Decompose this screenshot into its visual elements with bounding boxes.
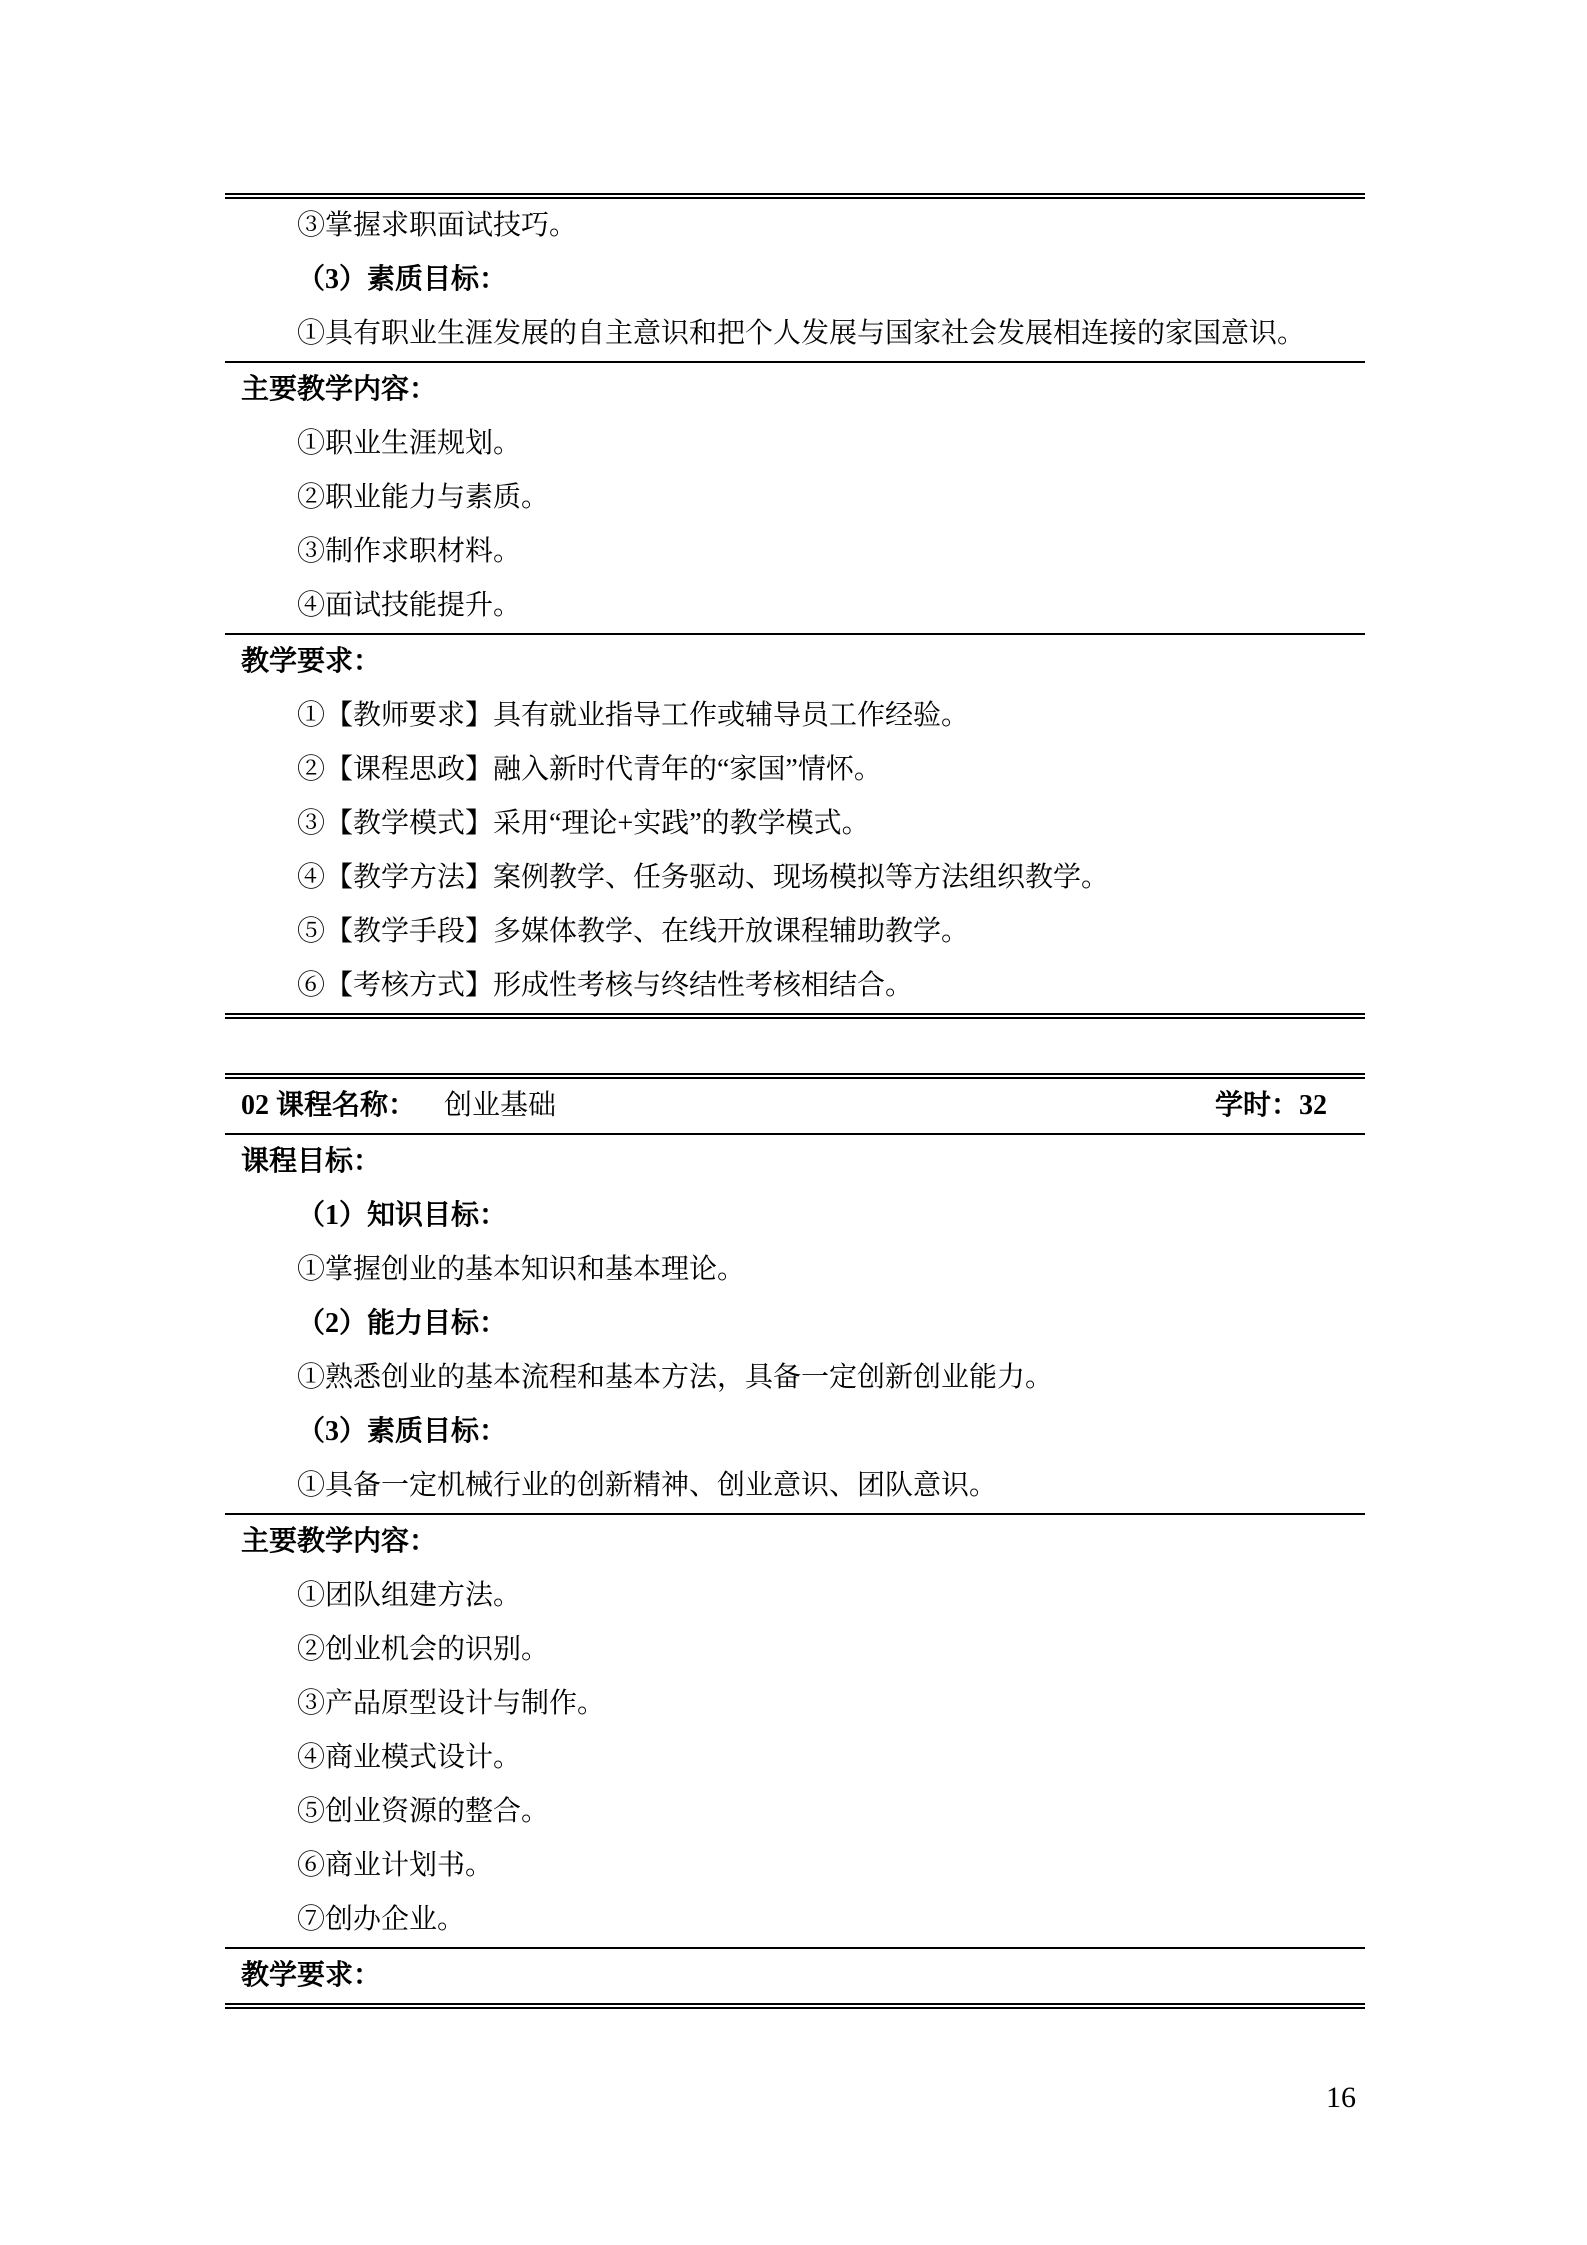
requirement-item: ⑤【教学手段】多媒体教学、在线开放课程辅助教学。 <box>241 905 1349 959</box>
goal-subheading-quality: （3）素质目标： <box>241 253 1349 307</box>
content-item: ⑤创业资源的整合。 <box>241 1785 1349 1839</box>
course-02-content-section: 主要教学内容： ①团队组建方法。 ②创业机会的识别。 ③产品原型设计与制作。 ④… <box>225 1513 1365 1947</box>
content-item: ③产品原型设计与制作。 <box>241 1677 1349 1731</box>
goals-heading: 课程目标： <box>241 1135 1349 1189</box>
course-02-table: 02 课程名称：创业基础 学时：32 课程目标： （1）知识目标： ①掌握创业的… <box>225 1073 1365 2009</box>
goal-line: ①具有职业生涯发展的自主意识和把个人发展与国家社会发展相连接的家国意识。 <box>241 307 1349 361</box>
requirement-item: ⑥【考核方式】形成性考核与终结性考核相结合。 <box>241 959 1349 1013</box>
requirement-item: ④【教学方法】案例教学、任务驱动、现场模拟等方法组织教学。 <box>241 851 1349 905</box>
course-02-requirements-section: 教学要求： <box>225 1947 1365 2003</box>
requirements-heading: 教学要求： <box>241 1949 1349 2003</box>
content-item: ①团队组建方法。 <box>241 1569 1349 1623</box>
page-number: 16 <box>1326 2082 1356 2114</box>
course-02-goals-section: 课程目标： （1）知识目标： ①掌握创业的基本知识和基本理论。 （2）能力目标：… <box>225 1133 1365 1513</box>
content-heading: 主要教学内容： <box>241 1515 1349 1569</box>
course-02-header-row: 02 课程名称：创业基础 学时：32 <box>225 1079 1365 1133</box>
content-item: ③制作求职材料。 <box>241 525 1349 579</box>
requirement-item: ③【教学模式】采用“理论+实践”的教学模式。 <box>241 797 1349 851</box>
goal-subheading-ability: （2）能力目标： <box>241 1297 1349 1351</box>
requirements-heading: 教学要求： <box>241 635 1349 689</box>
goal-line: ①熟悉创业的基本流程和基本方法，具备一定创新创业能力。 <box>241 1351 1349 1405</box>
course-title: 02 课程名称：创业基础 <box>241 1079 556 1133</box>
goal-line: ③掌握求职面试技巧。 <box>241 199 1349 253</box>
goal-line: ①具备一定机械行业的创新精神、创业意识、团队意识。 <box>241 1459 1349 1513</box>
course-number-label: 02 课程名称： <box>241 1090 416 1121</box>
course-01-table-continued: ③掌握求职面试技巧。 （3）素质目标： ①具有职业生涯发展的自主意识和把个人发展… <box>225 193 1365 1019</box>
content-item: ②职业能力与素质。 <box>241 471 1349 525</box>
content-item: ④面试技能提升。 <box>241 579 1349 633</box>
content-item: ①职业生涯规划。 <box>241 417 1349 471</box>
content-item: ④商业模式设计。 <box>241 1731 1349 1785</box>
course-01-content-section: 主要教学内容： ①职业生涯规划。 ②职业能力与素质。 ③制作求职材料。 ④面试技… <box>225 361 1365 633</box>
content-item: ②创业机会的识别。 <box>241 1623 1349 1677</box>
course-hours: 学时：32 <box>1215 1079 1327 1133</box>
goal-subheading-quality: （3）素质目标： <box>241 1405 1349 1459</box>
requirement-item: ②【课程思政】融入新时代青年的“家国”情怀。 <box>241 743 1349 797</box>
document-page: ③掌握求职面试技巧。 （3）素质目标： ①具有职业生涯发展的自主意识和把个人发展… <box>0 0 1587 2245</box>
requirement-item: ①【教师要求】具有就业指导工作或辅导员工作经验。 <box>241 689 1349 743</box>
course-01-goals-section: ③掌握求职面试技巧。 （3）素质目标： ①具有职业生涯发展的自主意识和把个人发展… <box>225 199 1365 361</box>
course-name: 创业基础 <box>444 1090 556 1121</box>
course-01-requirements-section: 教学要求： ①【教师要求】具有就业指导工作或辅导员工作经验。 ②【课程思政】融入… <box>225 633 1365 1013</box>
content-item: ⑦创办企业。 <box>241 1893 1349 1947</box>
content-item: ⑥商业计划书。 <box>241 1839 1349 1893</box>
goal-line: ①掌握创业的基本知识和基本理论。 <box>241 1243 1349 1297</box>
content-heading: 主要教学内容： <box>241 363 1349 417</box>
goal-subheading-knowledge: （1）知识目标： <box>241 1189 1349 1243</box>
